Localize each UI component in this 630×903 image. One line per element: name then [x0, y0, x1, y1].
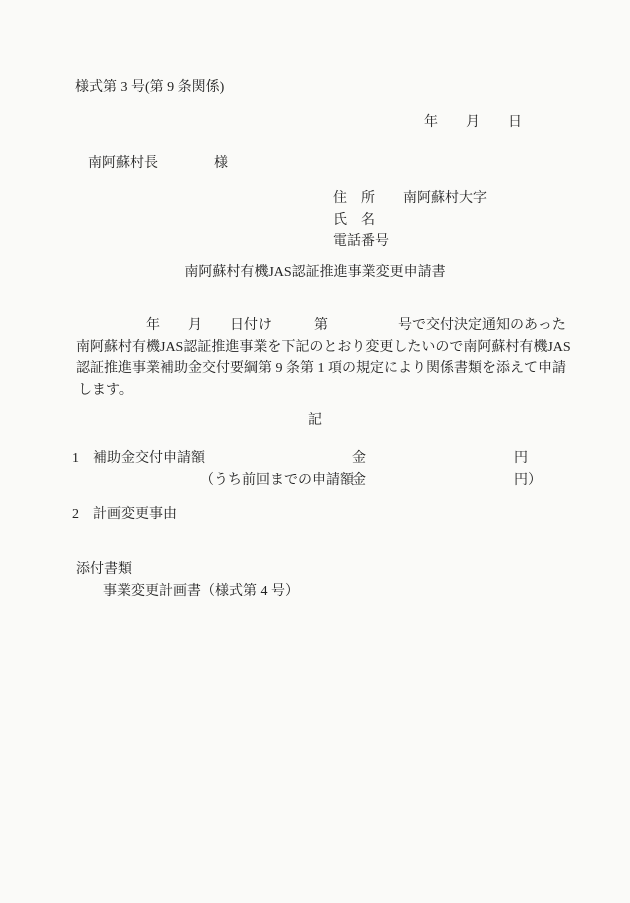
attachment-item: 事業変更計画書（様式第 4 号）: [103, 584, 299, 601]
item1-previous-amount-label: （うち前回までの申請額: [200, 473, 354, 490]
body-paragraph-line-1: 年 月 日付け 第 号で交付決定通知のあった: [76, 318, 566, 335]
applicant-phone-label: 電話番号: [333, 234, 389, 251]
ki-section-mark: 記: [0, 413, 630, 430]
applicant-name-label: 氏 名: [333, 213, 375, 230]
body-paragraph-line-4: します。: [78, 383, 133, 400]
date-line: 年 月 日: [424, 115, 522, 132]
attachments-label: 添付書類: [76, 562, 132, 579]
document-title: 南阿蘇村有機JAS認証推進事業変更申請書: [0, 265, 630, 282]
item1-yen-suffix: 円: [514, 451, 528, 468]
form-number: 様式第 3 号(第 9 条関係): [75, 80, 224, 97]
applicant-address-label: 住 所 南阿蘇村大字: [333, 191, 487, 208]
item2-change-reason-label: 2 計画変更事由: [72, 507, 177, 524]
addressee-line: 南阿蘇村長 様: [88, 156, 228, 173]
application-form-page: 様式第 3 号(第 9 条関係) 年 月 日 南阿蘇村長 様 住 所 南阿蘇村大…: [0, 0, 630, 903]
item1-previous-kin-prefix: 金: [352, 473, 366, 490]
body-paragraph-line-2: 南阿蘇村有機JAS認証推進事業を下記のとおり変更したいので南阿蘇村有機JAS: [76, 340, 571, 357]
item1-subsidy-amount-label: 1 補助金交付申請額: [72, 451, 205, 468]
item1-kin-prefix: 金: [352, 451, 366, 468]
item1-previous-yen-suffix: 円）: [514, 473, 542, 490]
body-paragraph-line-3: 認証推進事業補助金交付要綱第 9 条第 1 項の規定により関係書類を添えて申請: [76, 361, 566, 378]
